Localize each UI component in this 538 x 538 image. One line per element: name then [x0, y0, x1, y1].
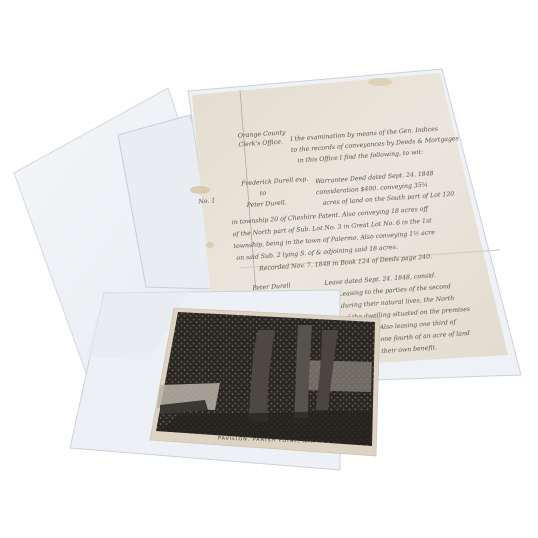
svg-text:to: to: [260, 190, 267, 197]
photo-illustration: Orange County Clerk's Office. I the exam…: [0, 0, 538, 538]
svg-text:No. 1: No. 1: [197, 197, 215, 205]
product-photo: Orange County Clerk's Office. I the exam…: [0, 0, 538, 538]
vintage-postcard: PAVILION. PARISH POINT, N.Y.: [150, 308, 380, 456]
